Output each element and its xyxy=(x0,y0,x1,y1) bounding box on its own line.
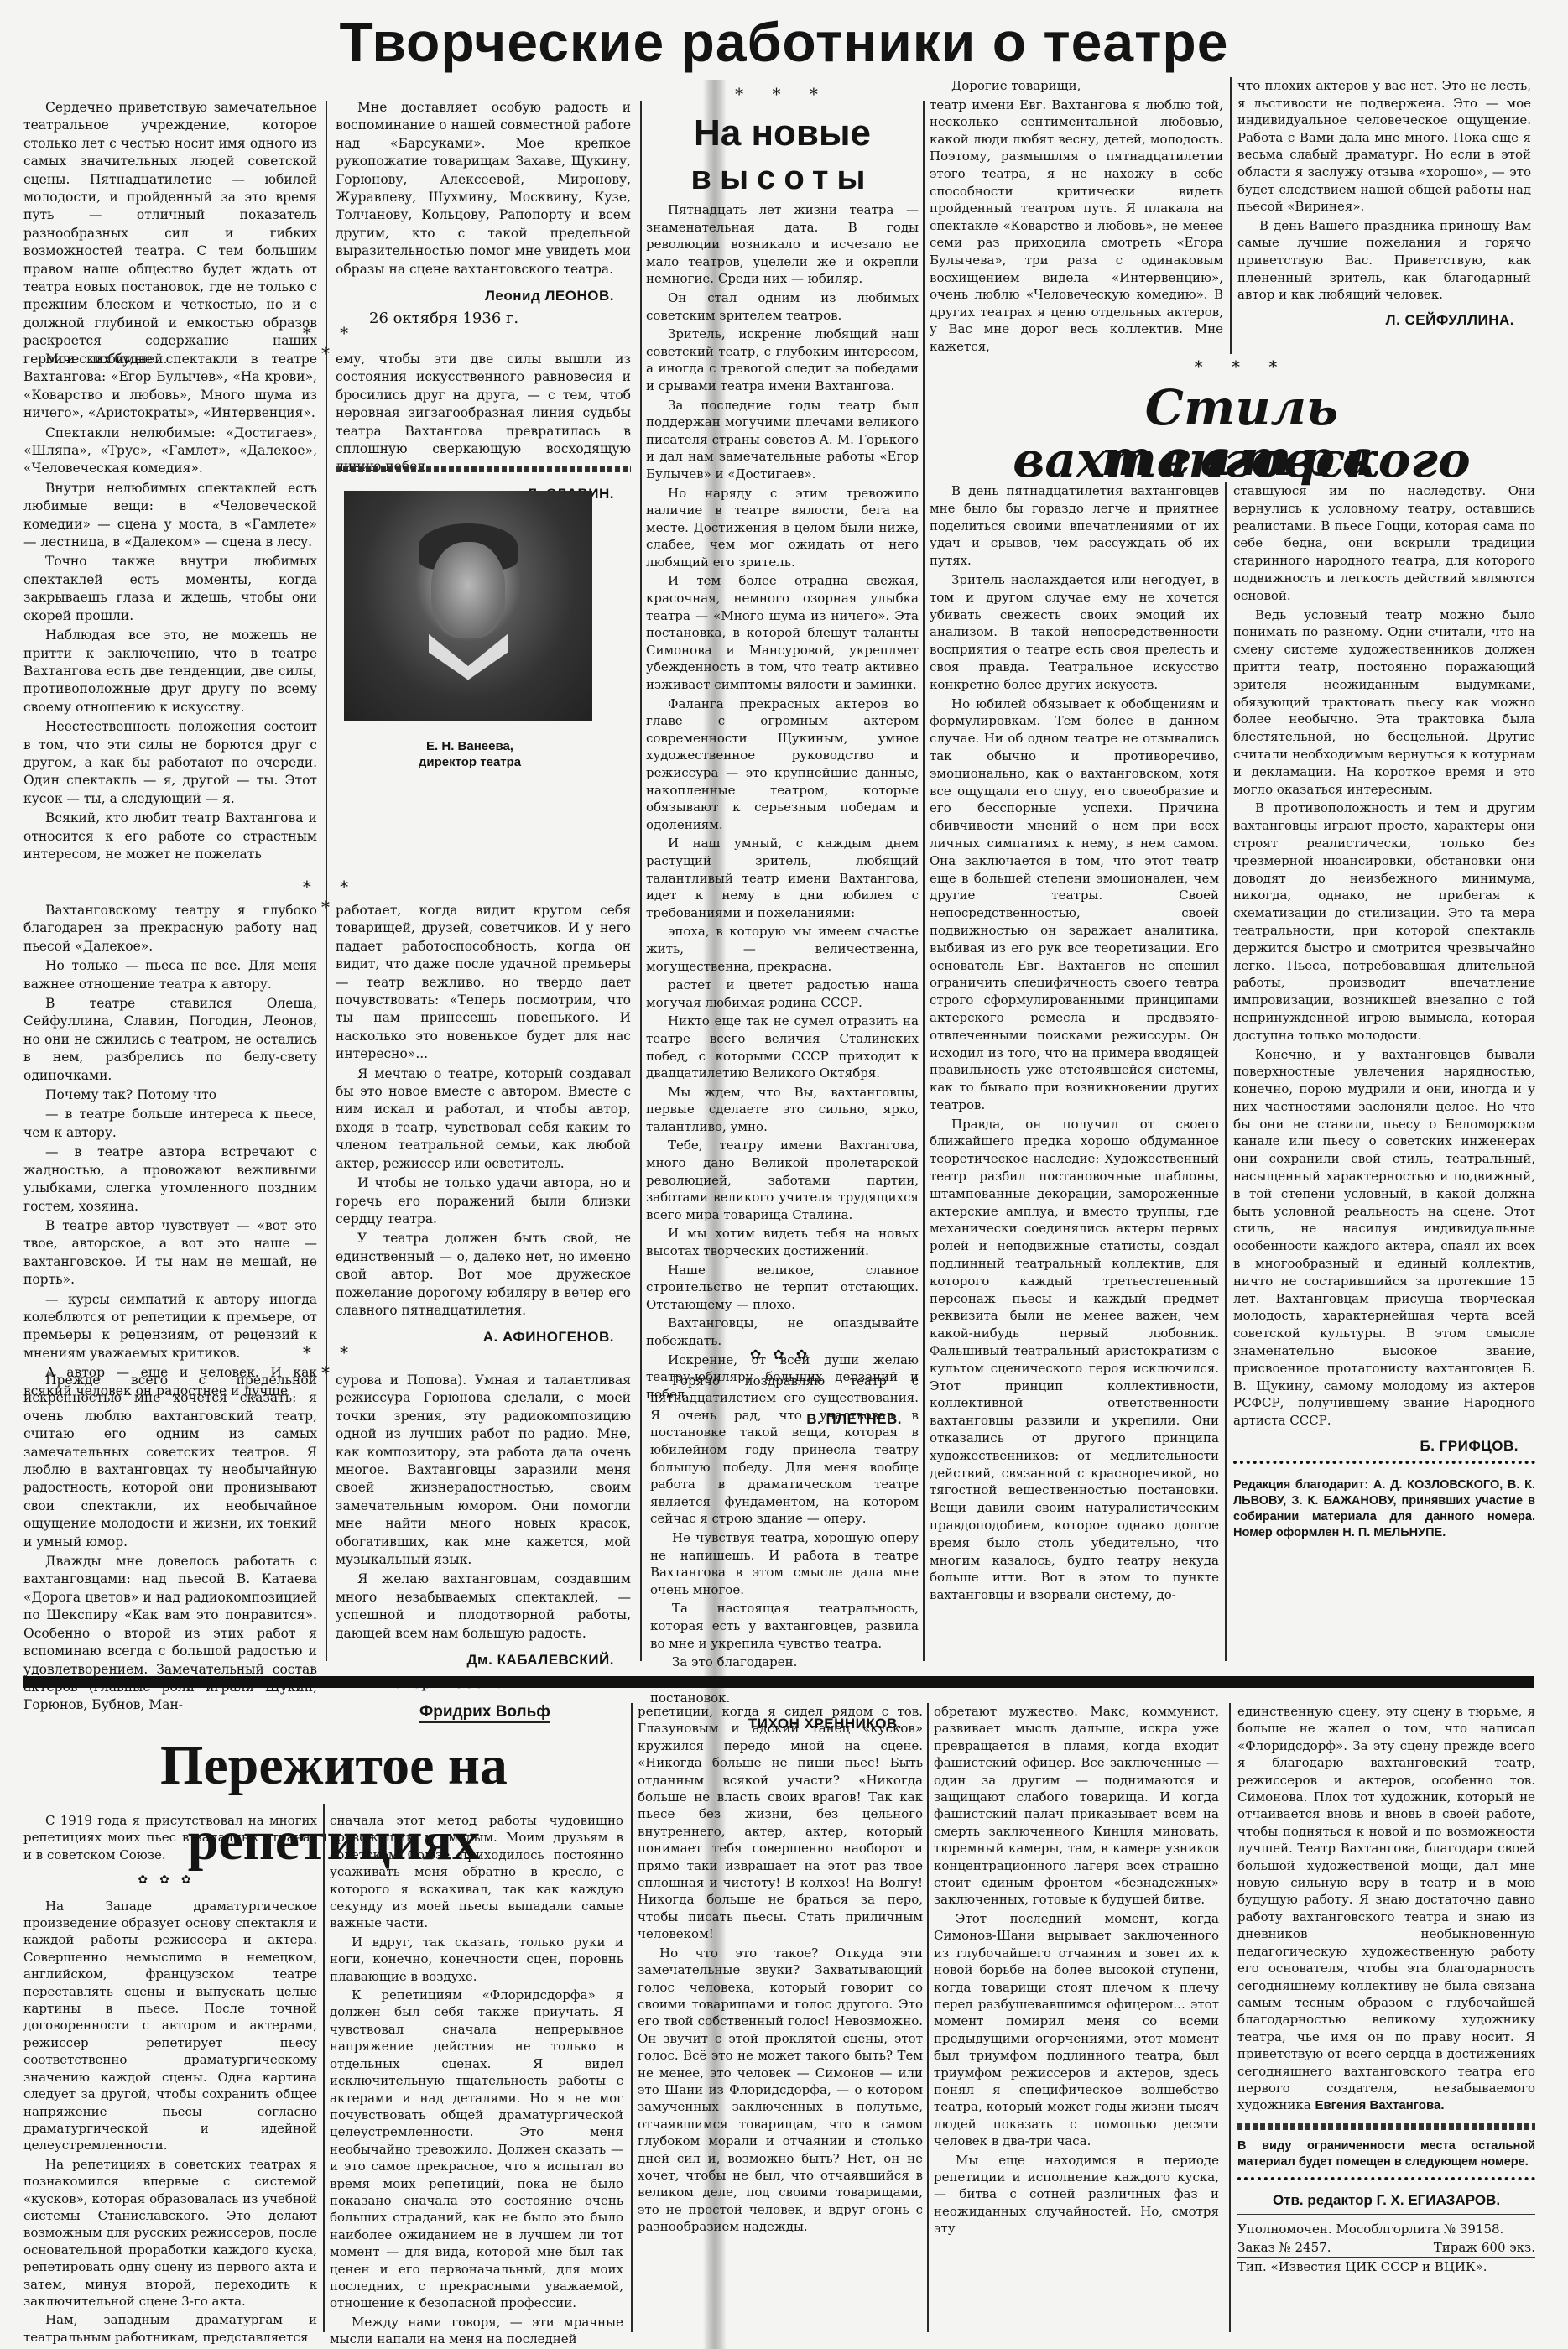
griftsov-paragraph: В день пятнадцатилетия вахтанговцев мне … xyxy=(930,482,1219,570)
kabalevsky-article-left: Прежде всего с предельной искренностью м… xyxy=(23,1372,317,1716)
pletnev-paragraph: За последние годы театр был поддержан мо… xyxy=(646,397,919,483)
editorial-thanks-note: Редакция благодарит: А. Д. КОЗЛОВСКОГО, … xyxy=(1233,1477,1535,1541)
slavin-paragraph: Точно также внутри любимых спектаклей ес… xyxy=(23,553,317,625)
page-masthead: Творческие работники о театре xyxy=(0,8,1568,76)
kabalevsky-paragraph: Дважды мне довелось работать с вахтангов… xyxy=(23,1553,317,1715)
afinogenov-paragraph: И чтобы не только удачи автора, но и гор… xyxy=(336,1174,631,1228)
pletnev-paragraph: Зритель, искренне любящий наш советский … xyxy=(646,326,919,394)
wolf-paragraph: обретают мужество. Макс, коммунист, разв… xyxy=(934,1703,1219,1909)
kabalevsky-paragraph: Я желаю вахтанговцам, создавшим много не… xyxy=(336,1570,631,1643)
column-rule xyxy=(631,1703,633,2332)
portrait-collar xyxy=(429,634,508,680)
portrait-face xyxy=(431,542,506,639)
pletnev-paragraph: Тебе, театру имени Вахтангова, много дан… xyxy=(646,1137,919,1223)
slavin-paragraph: Внутри нелюбимых спектаклей есть любимые… xyxy=(23,480,317,552)
pletnev-paragraph: Но наряду с этим тревожило наличие в теа… xyxy=(646,485,919,571)
griftsov-paragraph: Зритель наслаждается или негодует, в том… xyxy=(930,571,1219,694)
responsible-editor: Отв. редактор Г. Х. ЕГИАЗАРОВ. xyxy=(1237,2192,1535,2215)
afinogenov-article-right: работает, когда видит кругом себя товари… xyxy=(336,902,631,1352)
column-rule xyxy=(1229,1703,1231,2332)
wolf-paragraph: репетиции, когда я сидел рядом с тов. Гл… xyxy=(638,1703,923,1943)
kabalevsky-paragraph: сурова и Попова). Умная и талантливая ре… xyxy=(336,1372,631,1569)
wolf-paragraph: единственную сцену, эту сцену в тюрьме, … xyxy=(1237,1703,1535,2115)
seifullina-article-right: что плохих актеров у вас нет. Это не лес… xyxy=(1237,77,1531,334)
section-stars: * * * xyxy=(646,84,919,104)
printer-line: Тип. «Известия ЦИК СССР и ВЦИК». xyxy=(1237,2258,1535,2276)
afinogenov-paragraph: — курсы симпатий к автору иногда колеблю… xyxy=(23,1291,317,1363)
wolf-column-4: обретают мужество. Макс, коммунист, разв… xyxy=(934,1703,1219,2239)
pletnev-body: Пятнадцать лет жизни театра — знаменател… xyxy=(646,201,919,1429)
griftsov-paragraph: Конечно, и у вахтанговцев бывали поверхн… xyxy=(1233,1046,1535,1430)
column-rule xyxy=(927,1703,929,2332)
column-rule xyxy=(923,101,925,1661)
griftsov-paragraph: ставшуюся им по наследству. Они вернулис… xyxy=(1233,482,1535,605)
column-rule xyxy=(640,101,642,1661)
pletnev-title-line1: На новые xyxy=(646,112,919,154)
afinogenov-paragraph: Почему так? Потому что xyxy=(23,1086,317,1104)
pletnev-paragraph: И наш умный, с каждым днем растущий зрит… xyxy=(646,835,919,921)
khrennikov-paragraph: Не чувствуя театра, хорошую оперу не нап… xyxy=(650,1529,919,1598)
wolf-paragraph: Этот последний момент, когда Симонов-Шан… xyxy=(934,1910,1219,2150)
space-limitation-note: В виду ограниченности места остальной ма… xyxy=(1237,2138,1535,2170)
leonov-article-right: Мне доставляет особую радость и воспомин… xyxy=(336,99,631,328)
column-rule xyxy=(1225,839,1227,1661)
leonov-left-paragraph: Сердечно приветствую замечательное театр… xyxy=(23,99,317,368)
afinogenov-paragraph: Но только — пьеса не все. Для меня важне… xyxy=(23,957,317,993)
column-rule xyxy=(1225,482,1227,843)
wolf-paragraph: И вдруг, так сказать, только руки и ноги… xyxy=(330,1934,623,1985)
pletnev-paragraph: И тем более отрадна свежая, красочная, н… xyxy=(646,572,919,693)
pletnev-paragraph: Никто еще так не сумел отразить на театр… xyxy=(646,1013,919,1081)
wolf-byline: Фридрих Вольф xyxy=(419,1703,550,1723)
dotted-divider xyxy=(1237,2177,1535,2185)
slavin-article: Мои любимые спектакли в театре Вахтангов… xyxy=(23,351,317,865)
seifullina-article-left: Дорогие товарищи, театр имени Евг. Вахта… xyxy=(930,77,1223,357)
seifullina-right-paragraph: что плохих актеров у вас нет. Это не лес… xyxy=(1237,77,1531,216)
slavin-paragraph: Мои любимые спектакли в театре Вахтангов… xyxy=(23,351,317,423)
slavin-continuation-paragraph: ему, чтобы эти две силы вышли из состоян… xyxy=(336,351,631,477)
wolf-column-2: сначала этот метод работы чудовищно трев… xyxy=(330,1812,623,2349)
wavy-divider xyxy=(1237,2123,1535,2130)
slavin-continuation: ему, чтобы эти две силы вышли из состоян… xyxy=(336,351,631,508)
seifullina-right-paragraph: В день Вашего праздника приношу Вам самы… xyxy=(1237,217,1531,304)
wolf-paragraph: Между нами говоря, — эти мрачные мысли н… xyxy=(330,2314,623,2348)
griftsov-title-line2: театра xyxy=(931,432,1552,484)
pletnev-paragraph: Фаланга прекрасных актеров во главе с ог… xyxy=(646,695,919,834)
leonov-date: 26 октября 1936 г. xyxy=(369,310,631,327)
griftsov-paragraph: Правда, он получил от своего ближайшего … xyxy=(930,1116,1219,1604)
vakhtangov-name: Евгения Вахтангова. xyxy=(1315,2098,1444,2112)
license-line: Уполномочен. Мособлгорлита № 39158. xyxy=(1237,2220,1535,2238)
section-flower-stars: ✿✿✿ xyxy=(23,1872,317,1888)
wolf-paragraph: Но что это такое? Откуда эти замечательн… xyxy=(638,1945,923,2236)
wolf-byline-wrap: Фридрих Вольф xyxy=(419,1703,550,1723)
wolf-column-5: единственную сцену, эту сцену в тюрьме, … xyxy=(1237,1703,1535,2276)
wolf-column-3: репетиции, когда я сидел рядом с тов. Гл… xyxy=(638,1703,923,2237)
seifullina-greeting: Дорогие товарищи, xyxy=(930,77,1223,95)
wolf-paragraph-text: единственную сцену, эту сцену в тюрьме, … xyxy=(1237,1704,1535,2112)
wolf-paragraph: К репетициям «Флоридсдорфа» я должен был… xyxy=(330,1987,623,2312)
column-rule xyxy=(323,1804,325,2332)
wolf-paragraph: На Западе драматургическое произведение … xyxy=(23,1898,317,2154)
order-number: Заказ № 2457. xyxy=(1237,2238,1331,2257)
wolf-paragraph: сначала этот метод работы чудовищно трев… xyxy=(330,1812,623,1932)
pletnev-paragraph: Мы ждем, что Вы, вахтанговцы, первые сде… xyxy=(646,1084,919,1136)
wolf-paragraph: Нам, западным драматургам и театральным … xyxy=(23,2311,317,2346)
leonov-signature: Леонид ЛЕОНОВ. xyxy=(336,287,614,305)
griftsov-paragraph: В противоположность и тем и другим вахта… xyxy=(1233,799,1535,1044)
griftsov-article-right: ставшуюся им по наследству. Они вернулис… xyxy=(1233,482,1535,1541)
photo-caption: Е. Н. Ванеева, директор театра xyxy=(336,738,604,770)
pletnev-paragraph: Пятнадцать лет жизни театра — знаменател… xyxy=(646,201,919,288)
kabalevsky-signature: Дм. КАБАЛЕВСКИЙ. xyxy=(336,1651,614,1669)
photo-caption-role: директор театра xyxy=(336,754,604,770)
afinogenov-paragraph: Я мечтаю о театре, который создавал бы э… xyxy=(336,1065,631,1173)
griftsov-paragraph: Но юбилей обязывает к обобщениям и форму… xyxy=(930,695,1219,1114)
circulation: Тираж 600 экз. xyxy=(1434,2238,1535,2257)
leonov-article-left: Сердечно приветствую замечательное театр… xyxy=(23,99,317,370)
slavin-paragraph: Неестественность положения состоит в том… xyxy=(23,718,317,808)
afinogenov-paragraph: — в театре больше интереса к пьесе, чем … xyxy=(23,1106,317,1142)
griftsov-signature: Б. ГРИФЦОВ. xyxy=(1233,1438,1519,1456)
pletnev-paragraph: растет и цветет радостью наша могучая лю… xyxy=(646,977,919,1011)
section-stars: * * * xyxy=(1191,357,1292,377)
wolf-paragraph: С 1919 года я присутствовал на многих ре… xyxy=(23,1812,317,1863)
leonov-right-paragraph: Мне доставляет особую радость и воспомин… xyxy=(336,99,631,279)
afinogenov-paragraph: У театра должен быть свой, не единственн… xyxy=(336,1230,631,1320)
afinogenov-paragraph: В театре ставился Олеша, Сейфуллина, Сла… xyxy=(23,995,317,1085)
wolf-paragraph: Мы еще находимся в периоде репетиции и и… xyxy=(934,2152,1219,2237)
wolf-paragraph: На репетициях в советских театрах я позн… xyxy=(23,2156,317,2310)
afinogenov-paragraph: Вахтанговскому театру я глубоко благодар… xyxy=(23,902,317,956)
wavy-divider xyxy=(336,466,631,472)
khrennikov-paragraph: Та настоящая театральность, которая есть… xyxy=(650,1600,919,1652)
slavin-paragraph: Всякий, кто любит театр Вахтангова и отн… xyxy=(23,810,317,863)
afinogenov-paragraph: работает, когда видит кругом себя товари… xyxy=(336,902,631,1064)
pletnev-paragraph: И мы хотим видеть тебя на новых высотах … xyxy=(646,1225,919,1259)
order-circulation-line: Заказ № 2457. Тираж 600 экз. xyxy=(1237,2238,1535,2258)
pletnev-paragraph: Он стал одним из любимых советским зрите… xyxy=(646,289,919,324)
slavin-paragraph: Спектакли нелюбимые: «Достигаев», «Шляпа… xyxy=(23,424,317,478)
pletnev-paragraph: эпоха, в которую мы имеем счастье жить, … xyxy=(646,923,919,975)
photo-caption-name: Е. Н. Ванеева, xyxy=(336,738,604,754)
afinogenov-paragraph: В театре автор чувствует — «вот это твое… xyxy=(23,1217,317,1289)
afinogenov-paragraph: — в театре автора встречают с жадностью,… xyxy=(23,1143,317,1216)
khrennikov-paragraph: Горячо поздравляю театр с пятнадцатилети… xyxy=(650,1372,919,1528)
dotted-divider xyxy=(1233,1461,1535,1469)
khrennikov-paragraph: За это благодарен. xyxy=(650,1654,919,1671)
pletnev-paragraph: Наше великое, славное строительство не т… xyxy=(646,1262,919,1314)
afinogenov-article-left: Вахтанговскому театру я глубоко благодар… xyxy=(23,902,317,1402)
wolf-column-1: С 1919 года я присутствовал на многих ре… xyxy=(23,1812,317,2347)
kabalevsky-article-right: сурова и Попова). Умная и талантливая ре… xyxy=(336,1372,631,1692)
column-rule xyxy=(1230,77,1232,354)
slavin-paragraph: Наблюдая все это, не можешь не притти к … xyxy=(23,627,317,716)
pletnev-article: * * * На новые высоты Пятнадцать лет жиз… xyxy=(646,76,919,1434)
pletnev-title-line2: высоты xyxy=(646,154,919,201)
griftsov-article-left: В день пятнадцатилетия вахтанговцев мне … xyxy=(930,482,1219,1606)
seifullina-left-paragraph: театр имени Евг. Вахтангова я люблю той,… xyxy=(930,96,1223,356)
seifullina-signature: Л. СЕЙФУЛЛИНА. xyxy=(1237,312,1514,330)
griftsov-paragraph: Ведь условный театр можно было понимать … xyxy=(1233,607,1535,799)
portrait-photo xyxy=(344,491,592,721)
section-flower-stars: ✿✿✿ xyxy=(650,1346,919,1364)
section-divider-rule xyxy=(23,1676,1534,1688)
kabalevsky-paragraph: Прежде всего с предельной искренностью м… xyxy=(23,1372,317,1551)
